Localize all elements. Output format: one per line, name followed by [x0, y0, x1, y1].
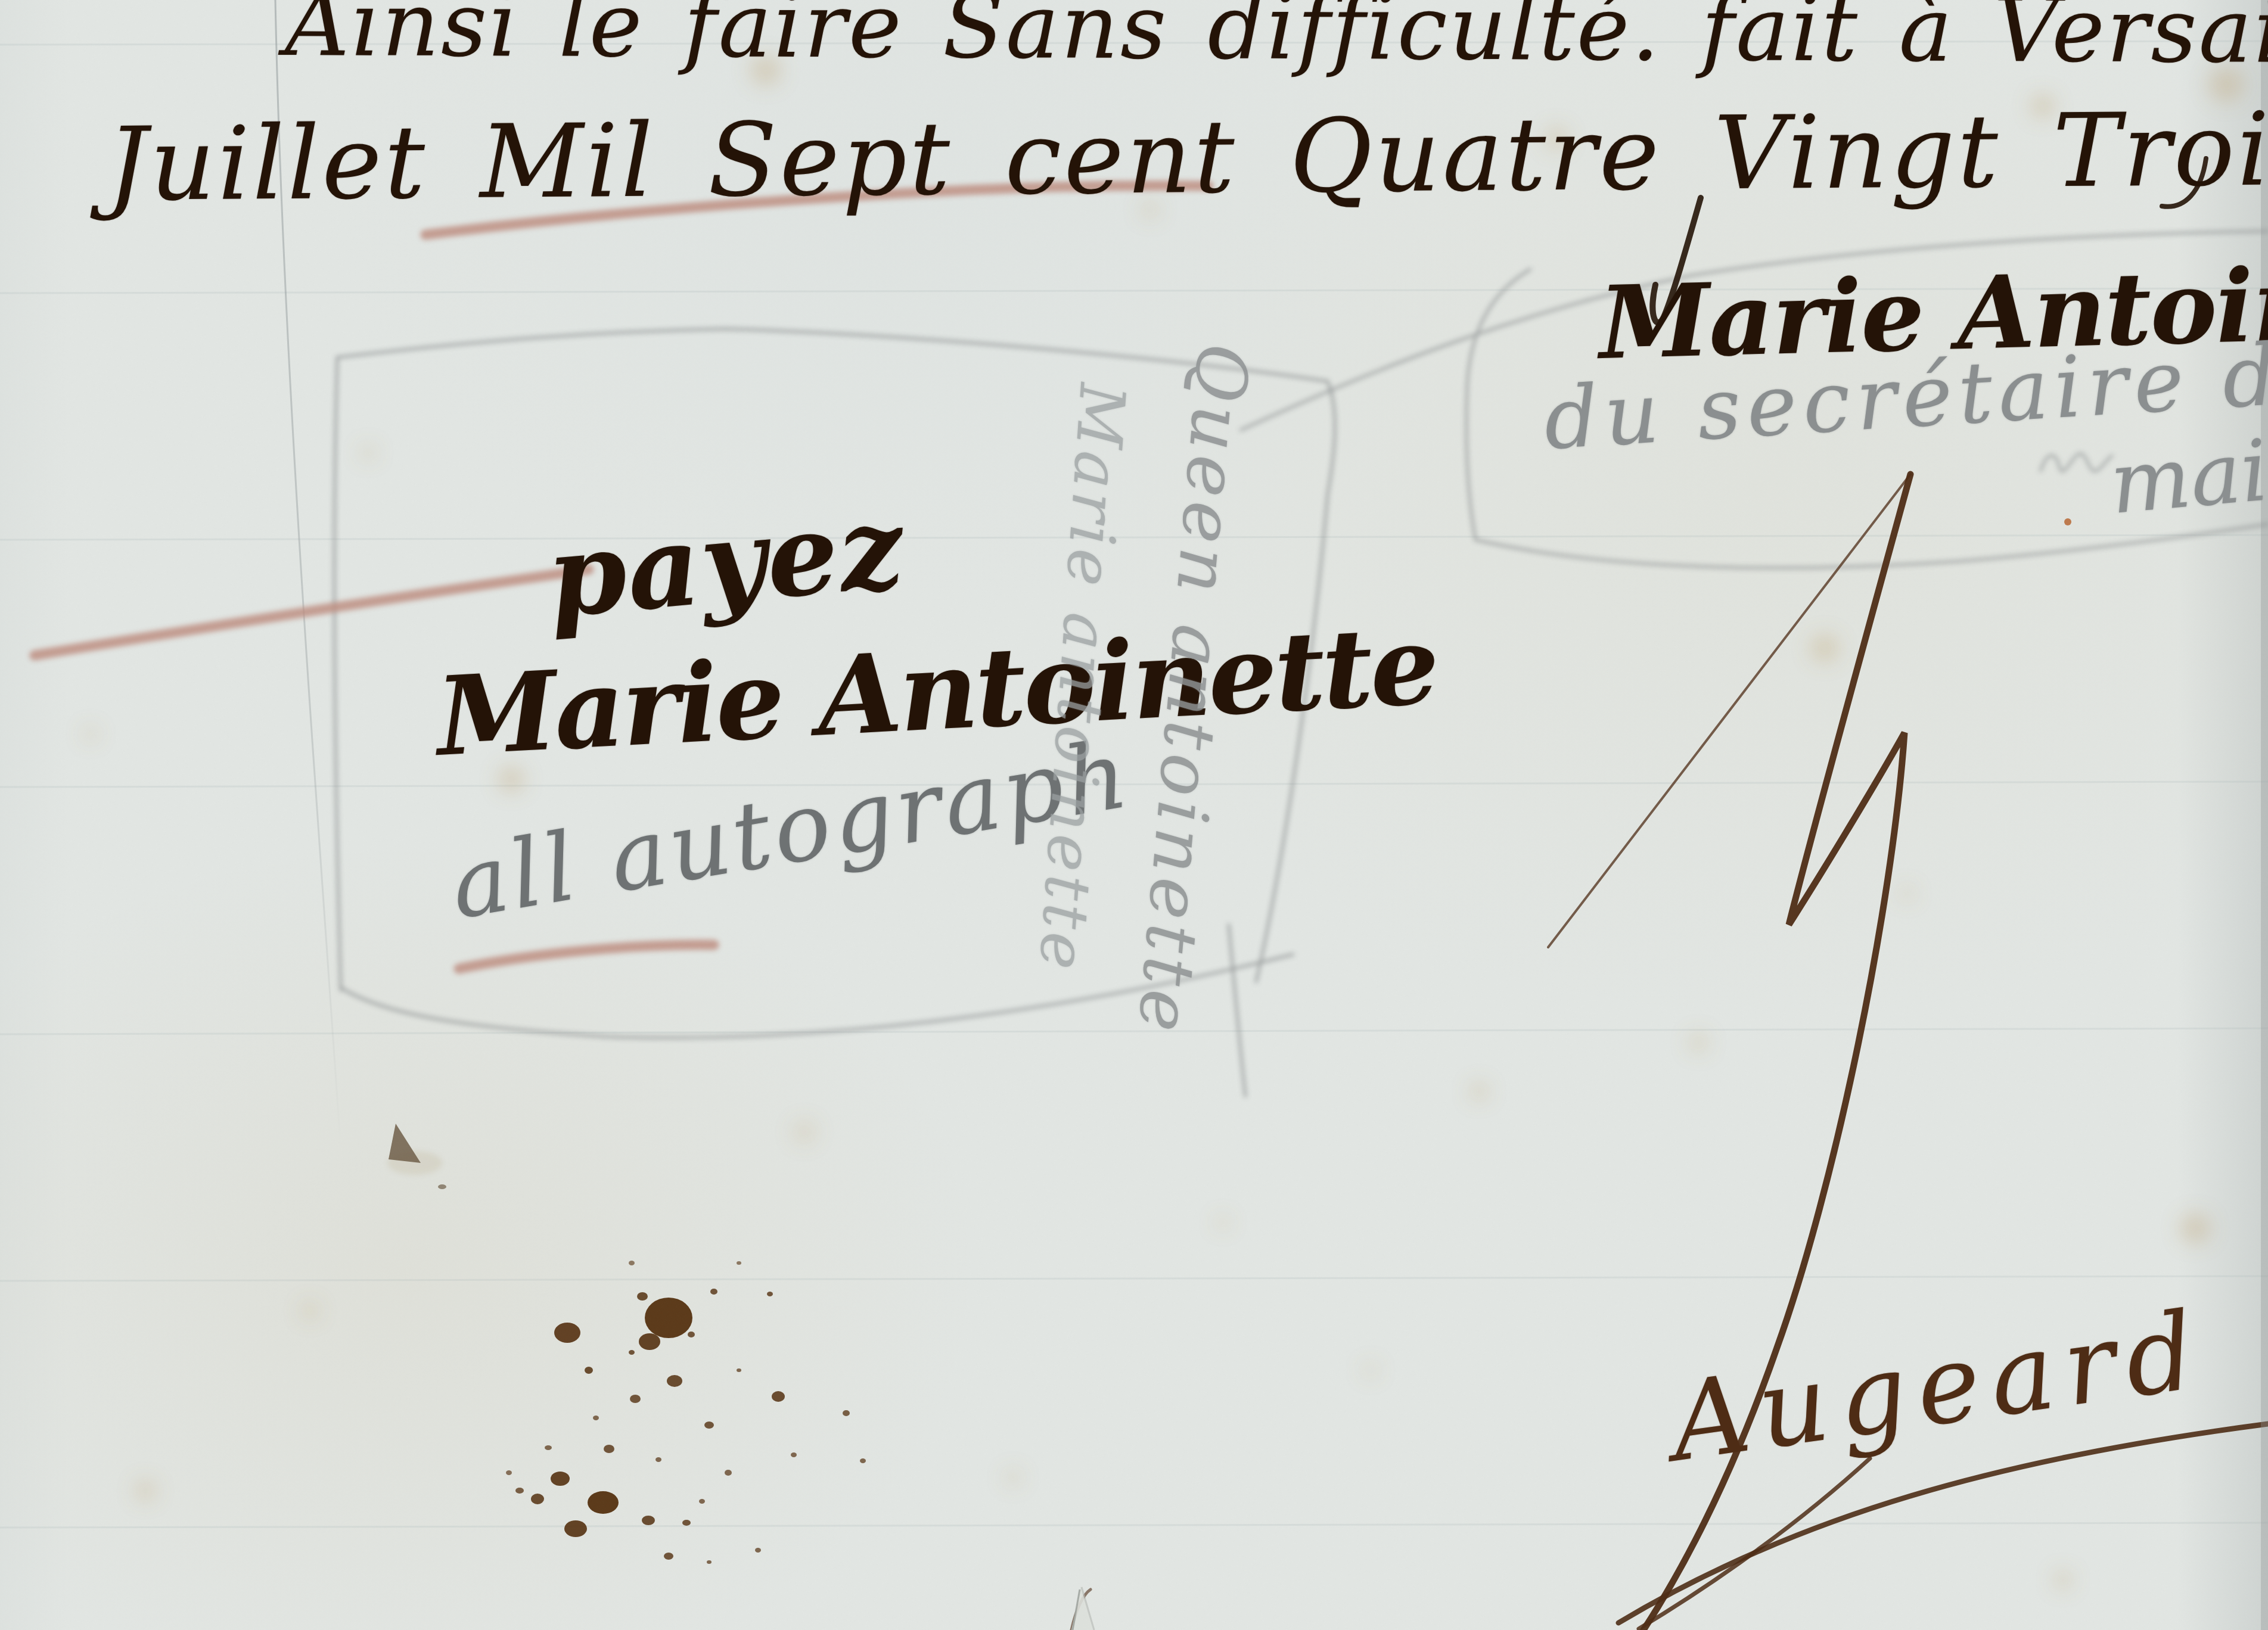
main-pencil-note: main	[2107, 424, 2268, 527]
manuscript-line-1: Ainsi le faire Sans difficulté. fait à V…	[285, 0, 2268, 77]
manuscript-page: Ainsi le faire Sans difficulté. fait à V…	[0, 0, 2268, 1630]
payez-ink-note: payez	[543, 492, 909, 634]
manuscript-line-2: Juillet Mil Sept cent Quatre Vingt Trois…	[107, 98, 2268, 216]
